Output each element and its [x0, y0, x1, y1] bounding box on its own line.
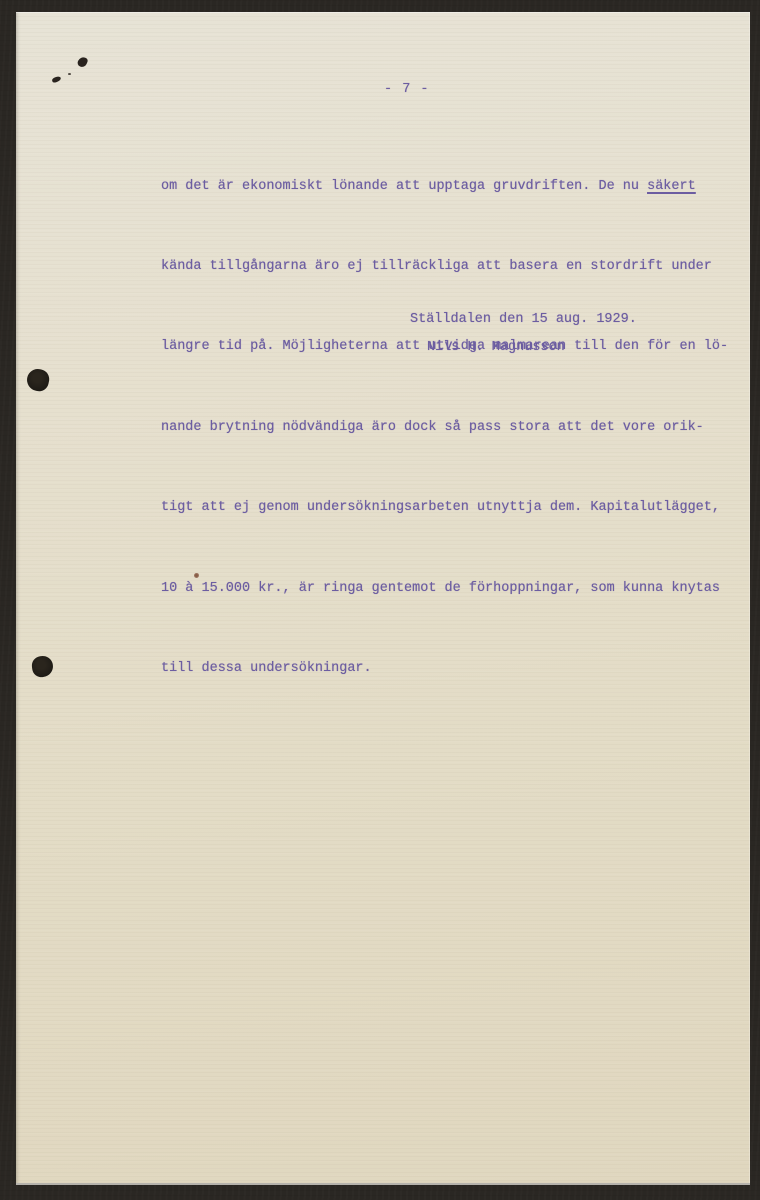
text-line: tigt att ej genom undersökningsarbeten u… — [161, 495, 728, 522]
ink-speck — [51, 76, 61, 84]
ink-speck — [68, 73, 71, 75]
text-line: till dessa undersökningar. — [161, 656, 728, 683]
text-line: om det är ekonomiskt lönande att upptaga… — [161, 174, 728, 201]
text-line-start: om det är ekonomiskt lönande att upptaga… — [161, 179, 647, 194]
underlined-word: säkert — [647, 179, 696, 194]
scanned-document: - 7 - om det är ekonomiskt lönande att u… — [0, 0, 760, 1200]
ink-speck — [76, 56, 88, 69]
document-page: - 7 - om det är ekonomiskt lönande att u… — [16, 12, 750, 1183]
text-line: kända tillgångarna äro ej tillräckliga a… — [161, 254, 728, 281]
page-number: - 7 - — [384, 77, 430, 104]
dateline: Ställdalen den 15 aug. 1929. — [410, 307, 637, 334]
text-line: 10 à 15.000 kr., är ringa gentemot de fö… — [161, 576, 728, 603]
hole-punch-bottom — [31, 655, 55, 679]
document-body: om det är ekonomiskt lönande att upptaga… — [161, 120, 728, 736]
text-line: nande brytning nödvändiga äro dock så pa… — [161, 415, 728, 442]
signature: Nils H. Magnusson — [427, 335, 565, 362]
hole-punch-top — [25, 367, 51, 393]
